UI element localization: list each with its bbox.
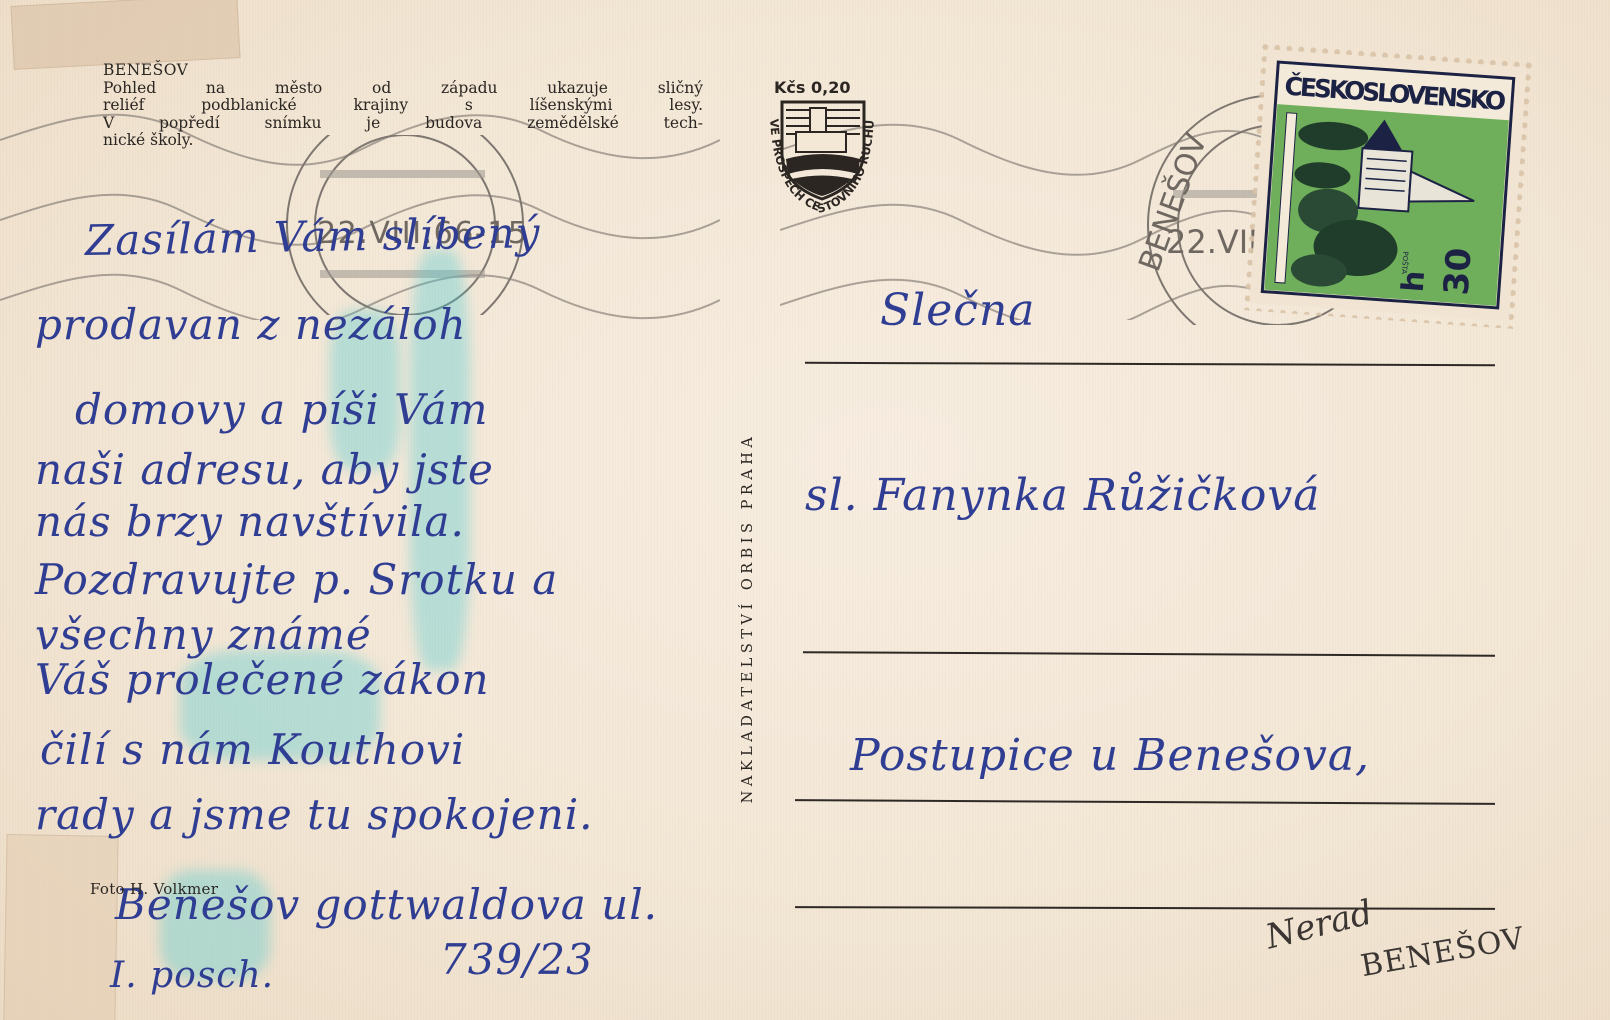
castle-shield-icon: VE PROSPĚCH CESTOVNÍHO RUCHU [752,74,892,214]
caption-line: V popředí snímku je budova zemědělské te… [103,115,703,133]
recipient-salutation: Slečna [880,285,1035,336]
stamp-designer: POŠTA [1400,251,1411,274]
message-line: nás brzy navštívila. [35,497,465,546]
recipient-town: Postupice u Benešova, [850,730,1370,781]
message-line: všechny známé [35,610,372,659]
message-line: prodavan z nezáloh [35,300,467,349]
stamp-value: 30 [1437,246,1480,296]
address-line [803,651,1495,657]
postage-stamp: ČESKOSLOVENSKO 30 h POŠTA [1241,41,1535,330]
postcard-back: BENEŠOV Pohled na město od západu ukazuj… [0,0,1610,1020]
photo-credit: Foto H. Volkmer [90,880,218,898]
rubber-stamp-nerad: Nerad [1262,893,1377,958]
address-line [805,362,1495,366]
message-line: naši adresu, aby jste [35,445,494,494]
sender-floor: I. posch. [110,955,274,996]
caption-line: reliéf podblanické krajiny s líšenskými … [103,97,703,115]
message-line: domovy a píši Vám [75,385,488,434]
tape-piece-bottom [3,834,118,1020]
publisher-imprint: NAKLADATELSTVÍ ORBIS PRAHA [740,328,756,908]
message-line: Zasílám Vám slíbený [85,208,541,265]
address-line [795,906,1495,910]
message-line: rady a jsme tu spokojeni. [35,790,594,839]
caption-line: Pohled na město od západu ukazuje sličný [103,80,703,98]
message-line: Váš prolečené zákon [35,655,490,704]
sender-number: 739/23 [440,935,594,984]
address-line [795,799,1495,805]
recipient-name: sl. Fanynka Růžičková [805,470,1320,521]
tourist-fee-stamp: Kčs 0,20 VE PROSPĚCH CESTOVNÍHO RUCHU [752,74,892,214]
message-line: Pozdravujte p. Srotku a [35,555,558,604]
rubber-stamp-benesov: BENEŠOV [1358,921,1527,984]
caption-title: BENEŠOV [103,62,703,80]
message-line: čilí s nám Kouthovi [40,725,465,774]
